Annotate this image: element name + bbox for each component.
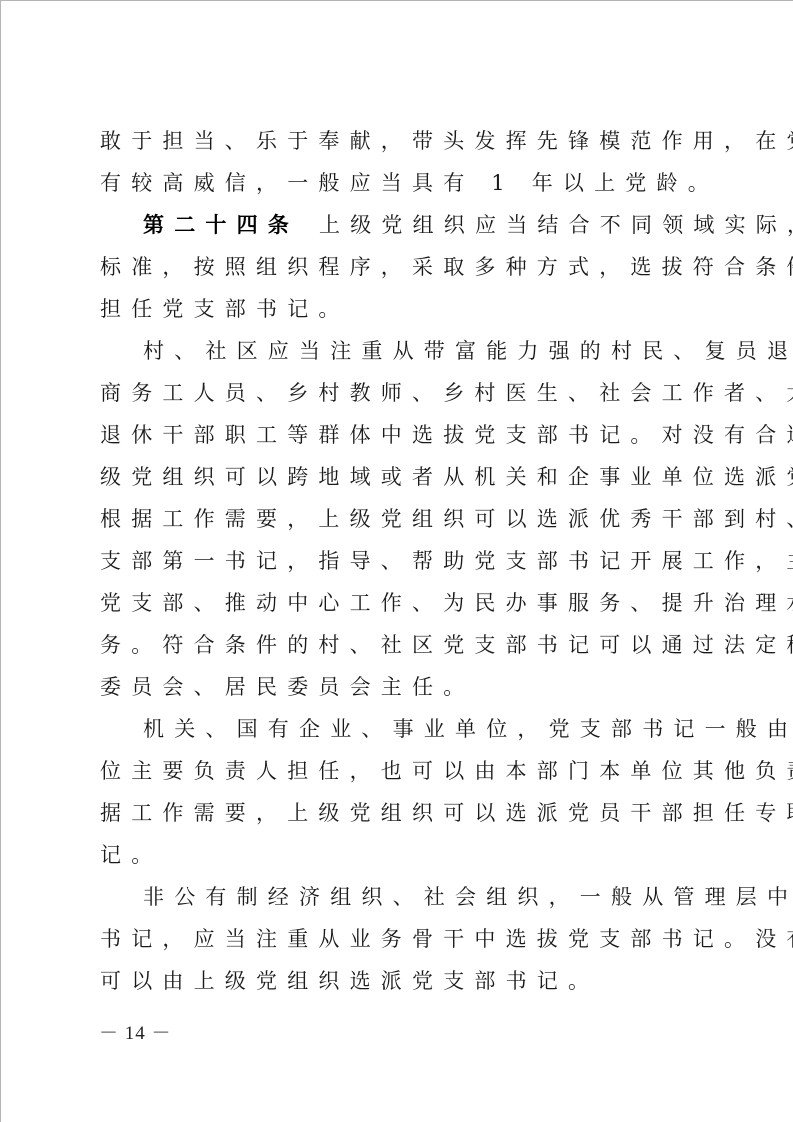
text-line: 机关、国有企业、事业单位，党支部书记一般由本部门本单 xyxy=(100,708,710,750)
text-line: 党支部、推动中心工作、为民办事服务、提升治理水平等职责任 xyxy=(100,582,710,624)
paragraph-villages-communities: 村、社区应当注重从带富能力强的村民、复员退伍军人、经 商务工人员、乡村教师、乡村… xyxy=(100,330,710,708)
paragraph-continuation: 敢于担当、乐于奉献，带头发挥先锋模范作用，在党员、群众中 有较高威信，一般应当具… xyxy=(100,120,710,204)
text-line: 根据工作需要，上级党组织可以选派优秀干部到村、社区担任党 xyxy=(100,498,710,540)
document-body: 敢于担当、乐于奉献，带头发挥先锋模范作用，在党员、群众中 有较高威信，一般应当具… xyxy=(100,120,710,1002)
text-line: 非公有制经济组织、社会组织，一般从管理层中选任党支部 xyxy=(100,876,710,918)
text-line: 据工作需要，上级党组织可以选派党员干部担任专职党支部书 xyxy=(100,792,710,834)
text-line: 记。 xyxy=(100,834,710,876)
article-heading: 第二十四条 xyxy=(143,212,299,237)
text-line: 委员会、居民委员会主任。 xyxy=(100,666,710,708)
text-line: 有较高威信，一般应当具有 1 年以上党龄。 xyxy=(100,162,710,204)
text-line: 支部第一书记，指导、帮助党支部书记开展工作，主要承担建强 xyxy=(100,540,710,582)
text-line: 可以由上级党组织选派党支部书记。 xyxy=(100,960,710,1002)
text-line: 敢于担当、乐于奉献，带头发挥先锋模范作用，在党员、群众中 xyxy=(100,120,710,162)
text-line: 务。符合条件的村、社区党支部书记可以通过法定程序担任村民 xyxy=(100,624,710,666)
page-number: － 14 － xyxy=(99,1018,172,1045)
text-line: 位主要负责人担任，也可以由本部门本单位其他负责人担任。根 xyxy=(100,750,710,792)
text-line: 标准，按照组织程序，采取多种方式，选拔符合条件的优秀党员 xyxy=(100,246,710,288)
paragraph-article-24: 第二十四条上级党组织应当结合不同领域实际，突出政治 标准，按照组织程序，采取多种… xyxy=(100,204,710,330)
paragraph-non-public-organizations: 非公有制经济组织、社会组织，一般从管理层中选任党支部 书记，应当注重从业务骨干中… xyxy=(100,876,710,1002)
article-text: 上级党组织应当结合不同领域实际，突出政治 xyxy=(319,213,793,237)
text-line: 级党组织可以跨地域或者从机关和企事业单位选派党支部书记。 xyxy=(100,456,710,498)
text-line: 村、社区应当注重从带富能力强的村民、复员退伍军人、经 xyxy=(100,330,710,372)
text-line: 书记，应当注重从业务骨干中选拔党支部书记。没有合适人选的， xyxy=(100,918,710,960)
document-page: 敢于担当、乐于奉献，带头发挥先锋模范作用，在党员、群众中 有较高威信，一般应当具… xyxy=(0,0,793,1122)
text-line: 退休干部职工等群体中选拔党支部书记。对没有合适人选的，上 xyxy=(100,414,710,456)
text-line: 担任党支部书记。 xyxy=(100,288,710,330)
text-line: 第二十四条上级党组织应当结合不同领域实际，突出政治 xyxy=(100,204,710,246)
text-line: 商务工人员、乡村教师、乡村医生、社会工作者、大学生村官、 xyxy=(100,372,710,414)
paragraph-organs-enterprises: 机关、国有企业、事业单位，党支部书记一般由本部门本单 位主要负责人担任，也可以由… xyxy=(100,708,710,876)
